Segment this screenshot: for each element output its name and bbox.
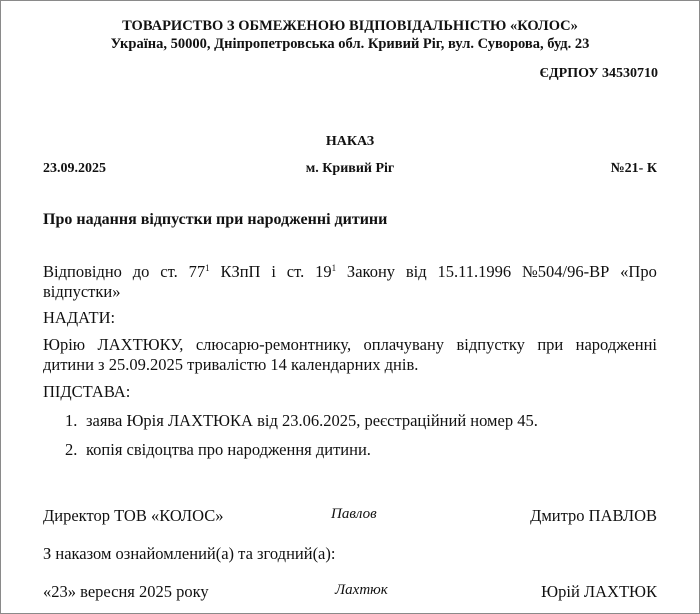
word: і [271, 262, 276, 282]
word: при [537, 335, 563, 355]
word: народженні [576, 335, 657, 355]
word: №504/96-ВР [522, 262, 609, 282]
grant-paragraph: ЮріюЛАХТЮКУ,слюсарю-ремонтнику,оплачуван… [43, 335, 657, 375]
word: 15.11.1996 [438, 262, 512, 282]
company-name: ТОВАРИСТВО З ОБМЕЖЕНОЮ ВІДПОВІДАЛЬНІСТЮ … [1, 17, 699, 35]
director-signature: Павлов [331, 506, 377, 523]
acknowledgement-text: З наказом ознайомлений(а) та згодний(а): [43, 544, 335, 564]
word: слюсарю-ремонтнику, [196, 335, 351, 355]
word: від [406, 262, 427, 282]
article-77-1: 771 [189, 262, 210, 282]
word: Закону [347, 262, 395, 282]
word: ст. [287, 262, 304, 282]
word: КЗпП [220, 262, 260, 282]
word: відпустку [456, 335, 524, 355]
order-subject: Про надання відпустки при народженні дит… [43, 211, 387, 229]
grounds-item: 1.заява Юрія ЛАХТЮКА від 23.06.2025, реє… [65, 411, 538, 431]
word: Юрію [43, 335, 85, 355]
article-19-1: 191 [315, 262, 336, 282]
paragraph-line: відпустки» [43, 282, 657, 302]
signer-position: Директор ТОВ «КОЛОС» [43, 506, 224, 526]
word: Відповідно [43, 262, 122, 282]
acknowledgement-date: «23» вересня 2025 року [43, 582, 209, 602]
paragraph-line: дитини з 25.09.2025 тривалістю 14 календ… [43, 355, 657, 375]
word: до [133, 262, 150, 282]
employee-name: Юрій ЛАХТЮК [541, 582, 657, 602]
employee-signature: Лахтюк [335, 582, 388, 599]
word: оплачувану [364, 335, 445, 355]
edrpou-code: ЄДРПОУ 34530710 [540, 66, 658, 82]
order-number: №21- К [611, 161, 657, 177]
document-page: ТОВАРИСТВО З ОБМЕЖЕНОЮ ВІДПОВІДАЛЬНІСТЮ … [0, 0, 700, 614]
word: «Про [620, 262, 657, 282]
grant-heading: НАДАТИ: [43, 308, 115, 328]
order-place: м. Кривий Ріг [1, 161, 699, 177]
company-address: Україна, 50000, Дніпропетровська обл. Кр… [1, 35, 699, 53]
grounds-heading: ПІДСТАВА: [43, 382, 130, 402]
grounds-item: 2.копія свідоцтва про народження дитини. [65, 440, 371, 460]
word: ст. [160, 262, 177, 282]
legal-basis-paragraph: Відповідно до ст. 771 КЗпП і ст. 191 Зак… [43, 262, 657, 302]
order-title: НАКАЗ [1, 134, 699, 150]
signer-name: Дмитро ПАВЛОВ [530, 506, 657, 526]
word: ЛАХТЮКУ, [98, 335, 184, 355]
